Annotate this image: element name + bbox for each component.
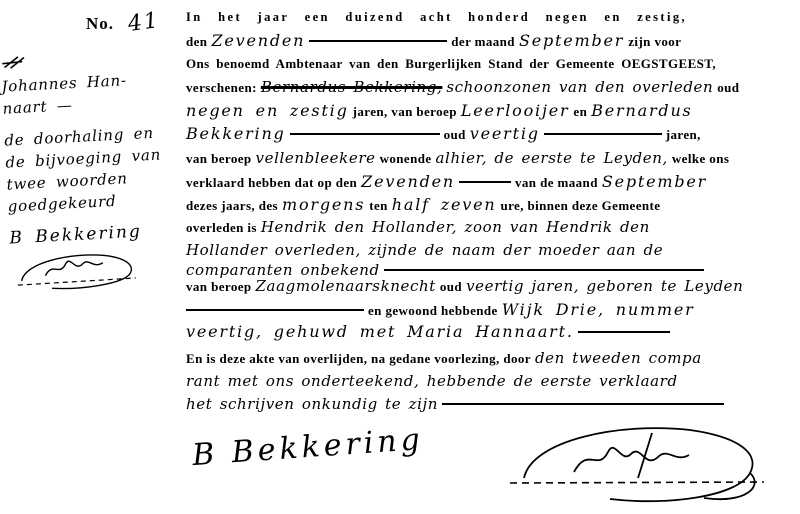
printed-segment: der maand [451,34,515,49]
printed-segment: van beroep [186,151,252,166]
certificate-number-value: 41 [126,8,161,37]
printed-segment: den [186,34,207,49]
handwritten-profession: Leerlooijer [461,101,570,120]
blank-fill-rule [442,403,724,405]
death-certificate-scan: { "colors": { "ink": "#000000", "paper":… [0,0,800,514]
printed-segment: oud [444,127,466,142]
handwritten-day: Zevenden [211,31,305,50]
handwritten-segment: Hollander overleden, zijnde de naam der … [186,241,663,259]
handwritten-address: Wijk Drie, nummer [502,300,695,319]
handwritten-residence: alhier, de eerste te Leyden, [436,149,668,167]
body-line-appeared: verschenen: Bernardus Bekkering, schoonz… [186,78,798,97]
handwritten-age: veertig [470,124,540,143]
margin-signature-flourish [10,245,142,296]
blank-fill-rule [290,133,440,135]
blank-fill-rule [309,40,447,42]
handwritten-spouse: veertig, gehuwd met Maria Hannaart. [186,322,574,341]
printed-segment: van de maand [515,175,598,190]
printed-segment: zijn voor [628,34,681,49]
body-line-day: den Zevenden der maand September zijn vo… [186,31,798,51]
blank-fill-rule [578,331,670,333]
printed-segment: verklaard hebben dat op den [186,175,357,190]
printed-segment: wonende [380,151,432,166]
printed-segment: En is deze akte van overlijden, na gedan… [186,351,531,366]
body-line-declared-date: verklaard hebben dat op den Zevenden van… [186,172,798,192]
handwritten-segment: den tweeden compa [535,349,702,367]
body-line-age-profession: negen en zestig jaren, van beroep Leerlo… [186,101,798,121]
handwritten-day: Zevenden [361,172,455,191]
body-line-residence: van beroep vellenbleekere wonende alhier… [186,149,798,168]
body-line-parents: Hollander overleden, zijnde de naam der … [186,241,798,260]
printed-segment: en [573,104,587,119]
printed-segment: en gewoond hebbende [368,303,498,318]
margin-annotations: Johannes Han- naart — de doorhaling en d… [0,46,188,296]
handwritten-segment: rant met ons onderteekend, hebbende de e… [186,372,678,390]
handwritten-segment: het schrijven onkundig te zijn [186,395,438,413]
printed-segment: verschenen: [186,80,257,95]
signature-bekkering: B Bekkering [191,422,425,473]
printed-segment: jaren, van beroep [353,104,457,119]
body-line-spouse: veertig, gehuwd met Maria Hannaart. [186,322,798,342]
printed-segment: jaren, [666,127,701,142]
handwritten-profession: Zaagmolenaarsknecht [256,277,436,295]
margin-note-approval: de doorhaling en de bijvoeging van twee … [4,120,184,217]
certificate-number-label: No. [86,14,114,33]
printed-segment: oud [717,80,739,95]
handwritten-hour: half zeven [392,195,497,214]
printed-segment: welke ons [672,151,729,166]
handwritten-month: September [602,172,707,191]
body-line-closing: En is deze akte van overlijden, na gedan… [186,349,798,368]
blank-fill-rule [544,133,662,135]
body-line-address: en gewoond hebbende Wijk Drie, nummer [186,300,798,320]
printed-segment: overleden is [186,220,257,235]
body-line-time: dezes jaars, des morgens ten half zeven … [186,195,798,215]
handwritten-profession: vellenbleekere [256,149,376,167]
printed-segment: In het jaar een duizend acht honderd neg… [186,10,687,24]
handwritten-daypart: morgens [282,195,365,214]
printed-segment: oud [440,279,462,294]
handwritten-segment: schoonzonen van den overleden [446,78,713,96]
handwritten-deceased-name: Hendrik den Hollander, zoon van Hendrik … [261,218,650,236]
body-line-closing: het schrijven onkundig te zijn [186,395,798,414]
official-signature-flourish [502,416,774,510]
handwritten-name: Bekkering [186,124,286,143]
paraph-mark-icon [0,53,31,71]
printed-segment: Ons benoemd Ambtenaar van den Burgerlijk… [186,56,716,71]
printed-segment: dezes jaars, des [186,198,278,213]
printed-segment: van beroep [186,279,252,294]
body-line-deceased: overleden is Hendrik den Hollander, zoon… [186,218,798,237]
handwritten-month: September [519,31,624,50]
handwritten-segment: veertig jaren, geboren te Leyden [466,277,743,295]
body-line-deceased-profession: van beroep Zaagmolenaarsknecht oud veert… [186,277,798,296]
body-line-second-declarant: Bekkering oud veertig jaren, [186,124,798,144]
blank-fill-rule [186,309,364,311]
body-line-official: Ons benoemd Ambtenaar van den Burgerlijk… [186,55,798,73]
struck-name: Bernardus Bekkering, [261,78,443,96]
certificate-number: No.41 [86,10,160,35]
handwritten-name: Bernardus [591,101,692,120]
handwritten-age: negen en zestig [186,101,349,120]
blank-fill-rule [384,269,704,271]
printed-segment: ure, binnen deze Gemeente [500,198,660,213]
body-line-closing: rant met ons onderteekend, hebbende de e… [186,372,798,391]
printed-segment: ten [369,198,388,213]
body-line-year: In het jaar een duizend acht honderd neg… [186,8,798,26]
act-body: In het jaar een duizend acht honderd neg… [186,0,798,424]
blank-fill-rule [459,181,511,183]
